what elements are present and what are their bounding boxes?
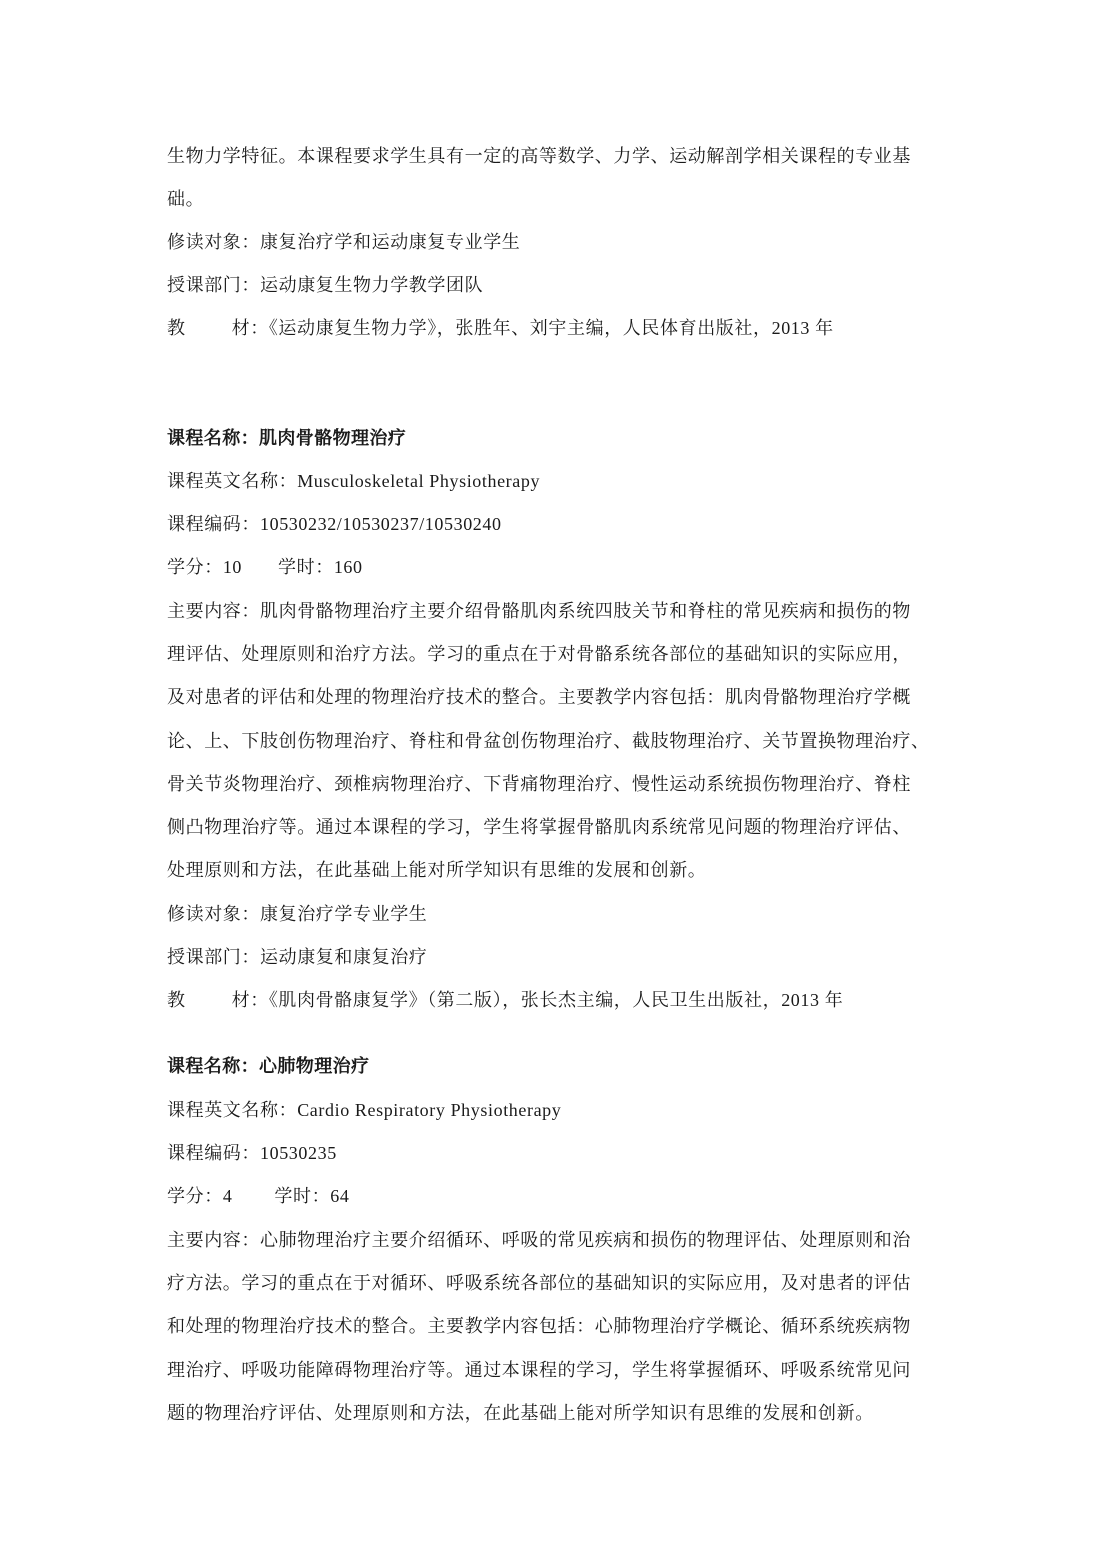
code-value: 10530232/10530237/10530240 xyxy=(260,514,502,534)
textbook-label-char1: 教 xyxy=(167,990,186,1010)
previous-course-description-line: 生物力学特征。本课程要求学生具有一定的高等数学、力学、运动解剖学相关课程的专业基 xyxy=(167,144,911,168)
course-textbook: 教材：《肌肉骨骼康复学》（第二版），张长杰主编，人民卫生出版社，2013 年 xyxy=(167,988,843,1012)
course-content-line: 骨关节炎物理治疗、颈椎病物理治疗、下背痛物理治疗、慢性运动系统损伤物理治疗、脊柱 xyxy=(167,772,911,796)
textbook-label-char1: 教 xyxy=(167,318,186,338)
hours-value: 64 xyxy=(330,1186,349,1206)
audience-value: 康复治疗学和运动康复专业学生 xyxy=(260,232,520,252)
code-label: 课程编码： xyxy=(167,1143,260,1163)
department-value: 运动康复和康复治疗 xyxy=(260,947,427,967)
course-code: 课程编码：10530232/10530237/10530240 xyxy=(167,512,502,536)
credits-label: 学分： xyxy=(167,557,223,577)
course-content-line: 处理原则和方法，在此基础上能对所学知识有思维的发展和创新。 xyxy=(167,858,706,882)
credits-value: 4 xyxy=(223,1186,233,1206)
textbook-label-char2: 材： xyxy=(232,318,269,338)
course-english-name: 课程英文名称：Musculoskeletal Physiotherapy xyxy=(167,469,540,493)
credits-label: 学分： xyxy=(167,1186,223,1206)
textbook-label-char2: 材： xyxy=(232,990,269,1010)
course-department: 授课部门：运动康复和康复治疗 xyxy=(167,945,427,969)
course-content-line: 理评估、处理原则和治疗方法。学习的重点在于对骨骼系统各部位的基础知识的实际应用， xyxy=(167,642,911,666)
course-code: 课程编码：10530235 xyxy=(167,1141,337,1165)
course-english-name: 课程英文名称：Cardio Respiratory Physiotherapy xyxy=(167,1098,561,1122)
course-content-line: 主要内容：肌肉骨骼物理治疗主要介绍骨骼肌肉系统四肢关节和脊柱的常见疾病和损伤的物 xyxy=(167,599,911,623)
course-credits-hours: 学分：10学时：160 xyxy=(167,555,363,579)
course-content-line: 疗方法。学习的重点在于对循环、呼吸系统各部位的基础知识的实际应用，及对患者的评估 xyxy=(167,1271,911,1295)
textbook-value: 《运动康复生物力学》，张胜年、刘宇主编，人民体育出版社，2013 年 xyxy=(269,318,834,338)
course-name: 心肺物理治疗 xyxy=(259,1056,369,1076)
textbook-value: 《肌肉骨骼康复学》（第二版），张长杰主编，人民卫生出版社，2013 年 xyxy=(269,990,844,1010)
course-content-line: 和处理的物理治疗技术的整合。主要教学内容包括：心肺物理治疗学概论、循环系统疾病物 xyxy=(167,1314,911,1338)
course-name-label: 课程名称： xyxy=(167,1056,259,1076)
department-label: 授课部门： xyxy=(167,275,260,295)
previous-course-department: 授课部门：运动康复生物力学教学团队 xyxy=(167,273,483,297)
course-content-line: 论、上、下肢创伤物理治疗、脊柱和骨盆创伤物理治疗、截肢物理治疗、关节置换物理治疗… xyxy=(167,729,930,753)
hours-value: 160 xyxy=(334,557,363,577)
previous-course-textbook: 教材：《运动康复生物力学》，张胜年、刘宇主编，人民体育出版社，2013 年 xyxy=(167,316,834,340)
course-title: 课程名称：肌肉骨骼物理治疗 xyxy=(167,426,406,450)
previous-course-description-line: 础。 xyxy=(167,187,204,211)
english-name-label: 课程英文名称： xyxy=(167,1100,297,1120)
english-name-value: Musculoskeletal Physiotherapy xyxy=(297,471,540,491)
previous-course-audience: 修读对象：康复治疗学和运动康复专业学生 xyxy=(167,230,520,254)
course-audience: 修读对象：康复治疗学专业学生 xyxy=(167,902,427,926)
course-content-line: 侧凸物理治疗等。通过本课程的学习，学生将掌握骨骼肌肉系统常见问题的物理治疗评估、 xyxy=(167,815,911,839)
hours-label: 学时： xyxy=(274,1186,330,1206)
credits-value: 10 xyxy=(223,557,242,577)
course-name-label: 课程名称： xyxy=(167,428,259,448)
department-value: 运动康复生物力学教学团队 xyxy=(260,275,483,295)
course-name: 肌肉骨骼物理治疗 xyxy=(259,428,406,448)
english-name-value: Cardio Respiratory Physiotherapy xyxy=(297,1100,561,1120)
course-title: 课程名称：心肺物理治疗 xyxy=(167,1054,369,1078)
course-content-line: 及对患者的评估和处理的物理治疗技术的整合。主要教学内容包括：肌肉骨骼物理治疗学概 xyxy=(167,685,911,709)
hours-label: 学时： xyxy=(278,557,334,577)
course-content-line: 题的物理治疗评估、处理原则和方法，在此基础上能对所学知识有思维的发展和创新。 xyxy=(167,1401,874,1425)
code-label: 课程编码： xyxy=(167,514,260,534)
course-credits-hours: 学分：4学时：64 xyxy=(167,1184,349,1208)
audience-value: 康复治疗学专业学生 xyxy=(260,904,427,924)
audience-label: 修读对象： xyxy=(167,232,260,252)
english-name-label: 课程英文名称： xyxy=(167,471,297,491)
course-content-line: 理治疗、呼吸功能障碍物理治疗等。通过本课程的学习，学生将掌握循环、呼吸系统常见问 xyxy=(167,1358,911,1382)
course-content-line: 主要内容：心肺物理治疗主要介绍循环、呼吸的常见疾病和损伤的物理评估、处理原则和治 xyxy=(167,1228,911,1252)
code-value: 10530235 xyxy=(260,1143,337,1163)
department-label: 授课部门： xyxy=(167,947,260,967)
audience-label: 修读对象： xyxy=(167,904,260,924)
